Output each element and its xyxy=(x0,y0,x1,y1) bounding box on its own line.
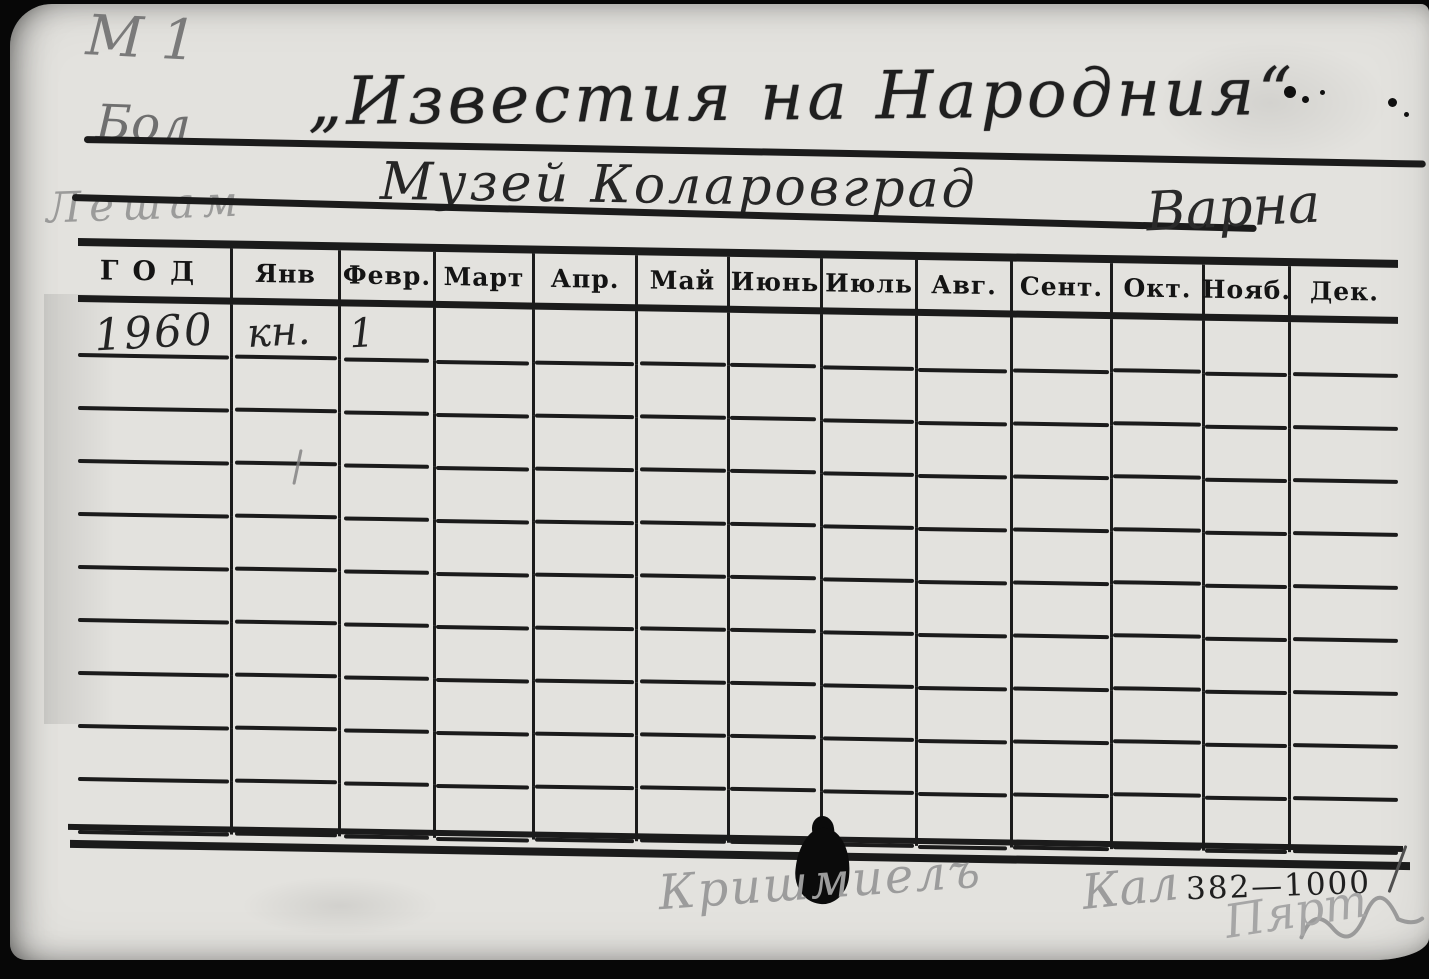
table-cell xyxy=(918,740,1013,795)
table-cell xyxy=(233,464,341,519)
table-cell xyxy=(1291,481,1398,536)
table-cell xyxy=(436,626,535,681)
table-cell xyxy=(1113,478,1205,533)
table-entry-cell: кн. xyxy=(233,305,341,360)
table-cell xyxy=(341,624,436,679)
column-header-2: Февр. xyxy=(341,250,436,308)
column-header-0: ГОД xyxy=(78,246,233,305)
table-cell xyxy=(233,570,341,625)
table-cell xyxy=(730,684,823,739)
table-cell xyxy=(1205,586,1291,640)
table-cell xyxy=(233,729,341,784)
table-cell xyxy=(1013,742,1113,797)
table-cell xyxy=(436,520,535,575)
table-cell xyxy=(638,682,730,737)
table-cell xyxy=(918,316,1013,371)
table-entry-cell: 1960 xyxy=(78,302,233,358)
column-header-9: Сент. xyxy=(1013,262,1113,320)
table-cell xyxy=(1205,533,1291,587)
table-cell xyxy=(823,632,918,687)
table-cell xyxy=(1205,321,1291,375)
table-cell xyxy=(1113,319,1205,374)
table-cell xyxy=(1205,374,1291,428)
table-cell xyxy=(535,310,638,365)
table-cell xyxy=(341,571,436,626)
table-cell xyxy=(1113,637,1205,692)
table-cell xyxy=(1205,480,1291,534)
table-cell xyxy=(1205,427,1291,481)
table-cell xyxy=(535,363,638,418)
column-header-6: Июнь xyxy=(730,257,823,315)
table-cell xyxy=(1291,534,1398,589)
table-cell xyxy=(730,737,823,792)
city-name-handwritten: Варна xyxy=(1144,171,1321,243)
table-cell xyxy=(233,517,341,572)
table-cell xyxy=(535,522,638,577)
table-cell xyxy=(823,367,918,422)
table-cell xyxy=(918,634,1013,689)
table-cell xyxy=(78,355,233,411)
table-cell xyxy=(78,726,233,782)
table-cell xyxy=(918,422,1013,477)
table-cell xyxy=(638,576,730,631)
table-cell xyxy=(78,673,233,729)
column-header-10: Окт. xyxy=(1113,263,1205,321)
table-cell xyxy=(823,420,918,475)
table-cell xyxy=(730,366,823,421)
column-header-4: Апр. xyxy=(535,254,638,312)
handwritten-entry: 1 xyxy=(347,310,376,357)
table-cell xyxy=(1113,743,1205,798)
table-cell xyxy=(233,411,341,466)
scan-smudge xyxy=(240,876,440,936)
pencil-corner-number: М 1 xyxy=(84,3,198,74)
table-cell xyxy=(436,732,535,787)
table-cell xyxy=(1013,583,1113,638)
table-cell xyxy=(1291,428,1398,483)
table-cell xyxy=(638,523,730,578)
column-header-12: Дек. xyxy=(1291,266,1398,324)
table-cell xyxy=(1291,375,1398,430)
table-cell xyxy=(341,465,436,520)
table-entry-cell: 1 xyxy=(341,306,436,361)
table-cell xyxy=(730,578,823,633)
table-cell xyxy=(730,313,823,368)
ink-spatter xyxy=(1388,98,1397,107)
ink-spatter xyxy=(1302,96,1309,103)
table-cell xyxy=(918,475,1013,530)
table-cell xyxy=(1291,322,1398,377)
table-cell xyxy=(638,735,730,790)
table-cell xyxy=(233,676,341,731)
table-cell xyxy=(78,567,233,623)
table-cell xyxy=(1291,640,1398,695)
ink-spatter xyxy=(1284,86,1296,98)
table-cell xyxy=(341,412,436,467)
column-header-11: Нояб. xyxy=(1205,265,1291,322)
table-cell xyxy=(233,623,341,678)
column-header-5: Май xyxy=(638,255,730,313)
table-cell xyxy=(1291,746,1398,801)
ink-spatter xyxy=(1404,112,1409,117)
table-cell xyxy=(1291,587,1398,642)
table-cell xyxy=(638,311,730,366)
table-cell xyxy=(638,364,730,419)
table-cell xyxy=(233,358,341,413)
table-cell xyxy=(1113,690,1205,745)
table-cell xyxy=(1205,745,1291,799)
table-cell xyxy=(436,573,535,628)
table-cell xyxy=(1113,425,1205,480)
table-cell xyxy=(1013,318,1113,373)
table-cell xyxy=(730,472,823,527)
table-cell xyxy=(78,620,233,676)
table-cell xyxy=(1013,689,1113,744)
table-cell xyxy=(78,408,233,464)
table-cell xyxy=(823,314,918,369)
pencil-signature-right: Кал xyxy=(1079,855,1181,921)
table-cell xyxy=(1013,530,1113,585)
table-cell xyxy=(341,677,436,732)
handwritten-entry: 1960 xyxy=(92,304,215,361)
table-cell xyxy=(1013,371,1113,426)
table-cell xyxy=(436,467,535,522)
pencil-crossed-word: Бол xyxy=(95,94,192,153)
table-cell xyxy=(436,679,535,734)
table-cell xyxy=(918,581,1013,636)
handwritten-entry: кн. xyxy=(245,308,311,357)
table-cell xyxy=(1113,584,1205,639)
table-cell xyxy=(535,628,638,683)
table-cell xyxy=(1013,636,1113,691)
table-cell xyxy=(78,514,233,570)
table-cell xyxy=(1205,692,1291,746)
scanned-card-photo: М 1 Бол Лешам „Известия на Народния“ Муз… xyxy=(0,0,1429,979)
table-cell xyxy=(341,359,436,414)
table-cell xyxy=(918,528,1013,583)
table-cell xyxy=(535,469,638,524)
table-cell xyxy=(341,730,436,785)
table-cell xyxy=(436,414,535,469)
ink-spatter xyxy=(1320,90,1325,95)
journal-title-handwritten: „Известия на Народния“ xyxy=(308,53,1297,140)
table-cell xyxy=(1013,424,1113,479)
table-cell xyxy=(78,461,233,517)
table-cell xyxy=(638,629,730,684)
table-cell xyxy=(535,416,638,471)
table-cell xyxy=(1291,693,1398,748)
table-cell xyxy=(823,738,918,793)
table-cell xyxy=(1113,372,1205,427)
table-cell xyxy=(341,518,436,573)
month-table: ГОДЯнвФевр.МартАпр.МайИюньИюльАвг.Сент.О… xyxy=(78,238,1398,854)
table-cell xyxy=(823,579,918,634)
table-cell xyxy=(823,473,918,528)
table-cell xyxy=(638,417,730,472)
column-header-1: Янв xyxy=(233,249,341,307)
table-cell xyxy=(918,369,1013,424)
column-header-7: Июль xyxy=(823,258,918,316)
table-cell xyxy=(535,575,638,630)
table-cell xyxy=(730,525,823,580)
table-cell xyxy=(730,631,823,686)
column-header-3: Март xyxy=(436,252,535,310)
table-cell xyxy=(1113,531,1205,586)
table-cell xyxy=(823,685,918,740)
table-wrapper: ГОДЯнвФевр.МартАпр.МайИюньИюльАвг.Сент.О… xyxy=(78,238,1398,900)
table-cell xyxy=(1013,477,1113,532)
table-cell xyxy=(638,470,730,525)
table-cell xyxy=(823,526,918,581)
table-cell xyxy=(535,681,638,736)
table-cell xyxy=(436,361,535,416)
table-cell xyxy=(918,687,1013,742)
table-cell xyxy=(535,734,638,789)
table-cell xyxy=(436,308,535,363)
table-cell xyxy=(730,419,823,474)
table-cell xyxy=(1205,639,1291,693)
column-header-8: Авг. xyxy=(918,260,1013,318)
